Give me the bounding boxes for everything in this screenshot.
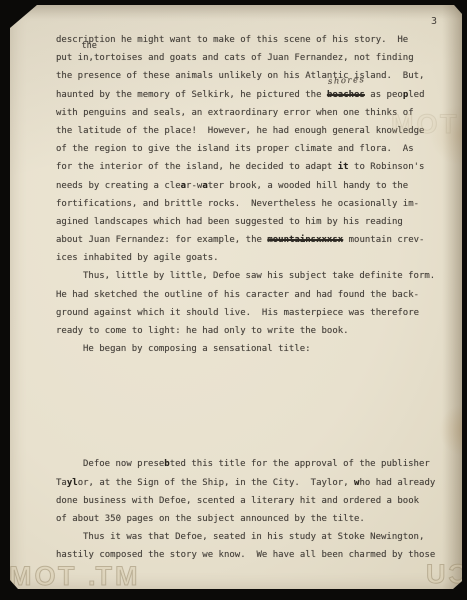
typed-text: ted this title for the approval of the p…: [170, 459, 430, 469]
handwritten-correction: shores: [327, 71, 365, 91]
ink-bleed-stamp-bottom-left: MT. TOM: [6, 561, 138, 592]
manuscript-line: about Juan Fernandez: for example, the m…: [56, 231, 435, 249]
typed-text: needs by creating a cle: [56, 181, 181, 191]
manuscript-line: ices inhabited by agile goats.: [56, 249, 435, 267]
typewritten-text-block: description he might want to make of thi…: [56, 31, 435, 565]
manuscript-line: of the region to give the island its pro…: [56, 140, 435, 158]
manuscript-line: ready to come to light: he had only to w…: [56, 322, 435, 340]
typed-text: hastily composed the story we know. We h…: [56, 550, 435, 560]
typed-text: tortoises and goats and cats of Juan Fer…: [94, 53, 414, 63]
manuscript-line: Thus it was that Defoe, seated in his st…: [56, 528, 435, 546]
typed-text: the latitude of the place! However, he h…: [56, 126, 424, 136]
typed-text: of the region to give the island its pro…: [56, 144, 414, 154]
typed-text: description he might want to make of thi…: [56, 35, 408, 45]
manuscript-line: He had sketched the outline of his carac…: [56, 286, 435, 304]
page-number: 3: [431, 16, 437, 27]
manuscript-line: needs by creating a clear-water brook, a…: [56, 177, 435, 195]
typed-text: r-w: [186, 181, 202, 191]
manuscript-line: put inthe,tortoises and goats and cats o…: [56, 49, 435, 67]
typed-text: fortifications, and brittle rocks. Never…: [56, 199, 419, 209]
typed-text: about Juan Fernandez: for example, the: [56, 235, 267, 245]
typed-text: to Robinson's: [349, 162, 425, 172]
manuscript-line: the latitude of the place! However, he h…: [56, 122, 435, 140]
typed-text: for the interior of the island, he decid…: [56, 162, 338, 172]
strikethrough-word: beaches: [327, 90, 365, 100]
typed-text: as peo: [365, 90, 403, 100]
manuscript-line: of about 350 pages on the subject announ…: [56, 510, 435, 528]
typed-text: agined landscapes which had been suggest…: [56, 217, 403, 227]
inserted-word-above-line: the: [82, 37, 97, 55]
typed-text: ready to come to light: he had only to w…: [56, 326, 349, 336]
manuscript-line: description he might want to make of thi…: [56, 31, 435, 49]
manuscript-line: hastily composed the story we know. We h…: [56, 546, 435, 564]
strikethrough-word: mountainsxxxsx: [267, 235, 343, 245]
manuscript-line: He began by composing a sensational titl…: [56, 340, 435, 358]
typed-text: ter brook, a wooded hill handy to the: [208, 181, 408, 191]
struck-out-text: shoresbeaches: [327, 90, 365, 100]
paper-corner-fold: [11, 8, 25, 21]
typed-insertion: the,: [89, 53, 94, 63]
overtyped-characters: it: [338, 162, 349, 172]
manuscript-line: Defoe now presebted this title for the a…: [56, 455, 435, 473]
typed-text: done business with Defoe, scented a lite…: [56, 496, 419, 506]
typed-text: Thus it was that Defoe, seated in his st…: [83, 532, 424, 542]
typed-text: Defoe now prese: [83, 459, 164, 469]
manuscript-line: agined landscapes which had been suggest…: [56, 213, 435, 231]
manuscript-line: for the interior of the island, he decid…: [56, 158, 435, 176]
typed-text: ices inhabited by agile goats.: [56, 253, 219, 263]
struck-out-text: mountainsxxxsx: [267, 235, 343, 245]
typed-text: the presence of these animals unlikely o…: [56, 71, 424, 81]
manuscript-line: the presence of these animals unlikely o…: [56, 67, 435, 85]
manuscript-line: Taylor, at the Sign of the Ship, in the …: [56, 474, 435, 492]
manuscript-line: done business with Defoe, scented a lite…: [56, 492, 435, 510]
manuscript-line: ground against which it should live. His…: [56, 304, 435, 322]
typed-text: He began by composing a sensational titl…: [83, 344, 311, 354]
manuscript-line: haunted by the memory of Selkirk, he pic…: [56, 86, 435, 104]
typed-text: Ta: [56, 478, 67, 488]
typed-text: He had sketched the outline of his carac…: [56, 290, 419, 300]
typed-text: of about 350 pages on the subject announ…: [56, 514, 365, 524]
typed-text: with penguins and seals, an extraordinar…: [56, 108, 414, 118]
typed-text: haunted by the memory of Selkirk, he pic…: [56, 90, 327, 100]
manuscript-page: 3 description he might want to make of t…: [10, 5, 462, 589]
typed-text: ground against which it should live. His…: [56, 308, 419, 318]
typed-text: mountain crev-: [343, 235, 424, 245]
typed-text: or, at the Sign of the Ship, in the City…: [78, 478, 354, 488]
typed-text: led: [408, 90, 424, 100]
manuscript-line: Thus, little by little, Defoe saw his su…: [56, 267, 435, 285]
manuscript-line: fortifications, and brittle rocks. Never…: [56, 195, 435, 213]
overtyped-characters: yl: [67, 478, 78, 488]
manuscript-line: with penguins and seals, an extraordinar…: [56, 104, 435, 122]
typed-text: ho had already: [359, 478, 435, 488]
typed-text: Thus, little by little, Defoe saw his su…: [83, 271, 435, 281]
